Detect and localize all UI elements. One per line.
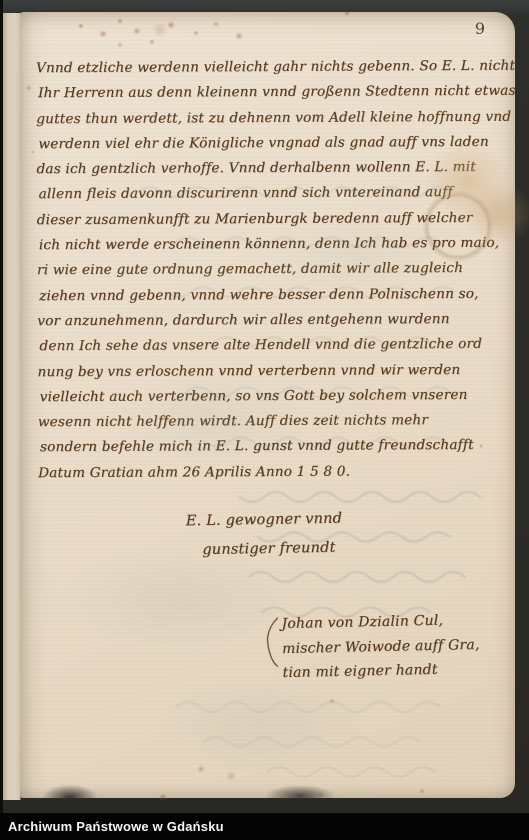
letter-closing: E. L. gewogner vnnd gunstiger freundt: [186, 505, 343, 566]
manuscript-line: vor anzunehmenn, dardurch wir alles entg…: [37, 307, 503, 335]
manuscript-line: vielleicht auch verterbenn, so vns Gott …: [40, 383, 506, 411]
manuscript-line: sondern befehle mich in E. L. gunst vnnd…: [40, 433, 506, 461]
manuscript-line: ri wie eine gute ordnung gemachett, dami…: [37, 256, 503, 284]
signature-line: mischer Woiwode auff Gra,: [282, 632, 480, 661]
manuscript-line: Ihr Herrenn aus denn kleinenn vnnd große…: [38, 79, 504, 107]
signature-line: tian mit eigner handt: [282, 657, 480, 686]
manuscript-line: werdenn viel ehr die Königliche vngnad a…: [38, 130, 504, 158]
manuscript-line: nung bey vns erloschenn vnnd verterbenn …: [37, 357, 503, 385]
manuscript-page: 9 Vnnd etzliche werdenn vielleicht gahr …: [20, 12, 515, 798]
manuscript-scan: 9 Vnnd etzliche werdenn vielleicht gahr …: [0, 0, 529, 840]
signature-block: Johan von Dzialin Cul, mischer Woiwode a…: [281, 608, 480, 686]
manuscript-line: Datum Gratian ahm 26 Aprilis Anno 1 5 8 …: [38, 459, 504, 487]
manuscript-line: ziehen vnnd gebenn, vnnd wehre besser de…: [39, 281, 505, 309]
closing-line: gunstiger freundt: [202, 534, 343, 565]
manuscript-line: denn Ich sehe das vnsere alte Hendell vn…: [39, 332, 505, 360]
archive-label: Archiwum Państwowe w Gdańsku: [8, 819, 224, 834]
manuscript-line: wesenn nicht helffenn wirdt. Auff dies z…: [38, 408, 504, 436]
manuscript-line: guttes thun werdett, ist zu dehnenn vom …: [36, 104, 502, 132]
archive-label-band: Archiwum Państwowe w Gdańsku: [0, 813, 529, 840]
manuscript-line: das ich gentzlich verhoffe. Vnnd derhalb…: [36, 155, 502, 183]
closing-line: E. L. gewogner vnnd: [186, 505, 343, 537]
page-number: 9: [468, 19, 492, 38]
verso-showthrough: [70, 692, 450, 782]
manuscript-line: Vnnd etzliche werdenn vielleicht gahr ni…: [36, 54, 502, 82]
letter-body: Vnnd etzliche werdenn vielleicht gahr ni…: [36, 54, 504, 486]
manuscript-line: allenn fleis davonn discurirenn vnnd sic…: [39, 180, 505, 208]
page-edge-strip: [3, 13, 21, 800]
manuscript-line: dieser zusamenkunfft zu Marienburgk bere…: [37, 206, 503, 234]
signature-flourish: [263, 616, 280, 668]
manuscript-line: ich nicht werde erscheinenn könnenn, den…: [39, 231, 505, 259]
